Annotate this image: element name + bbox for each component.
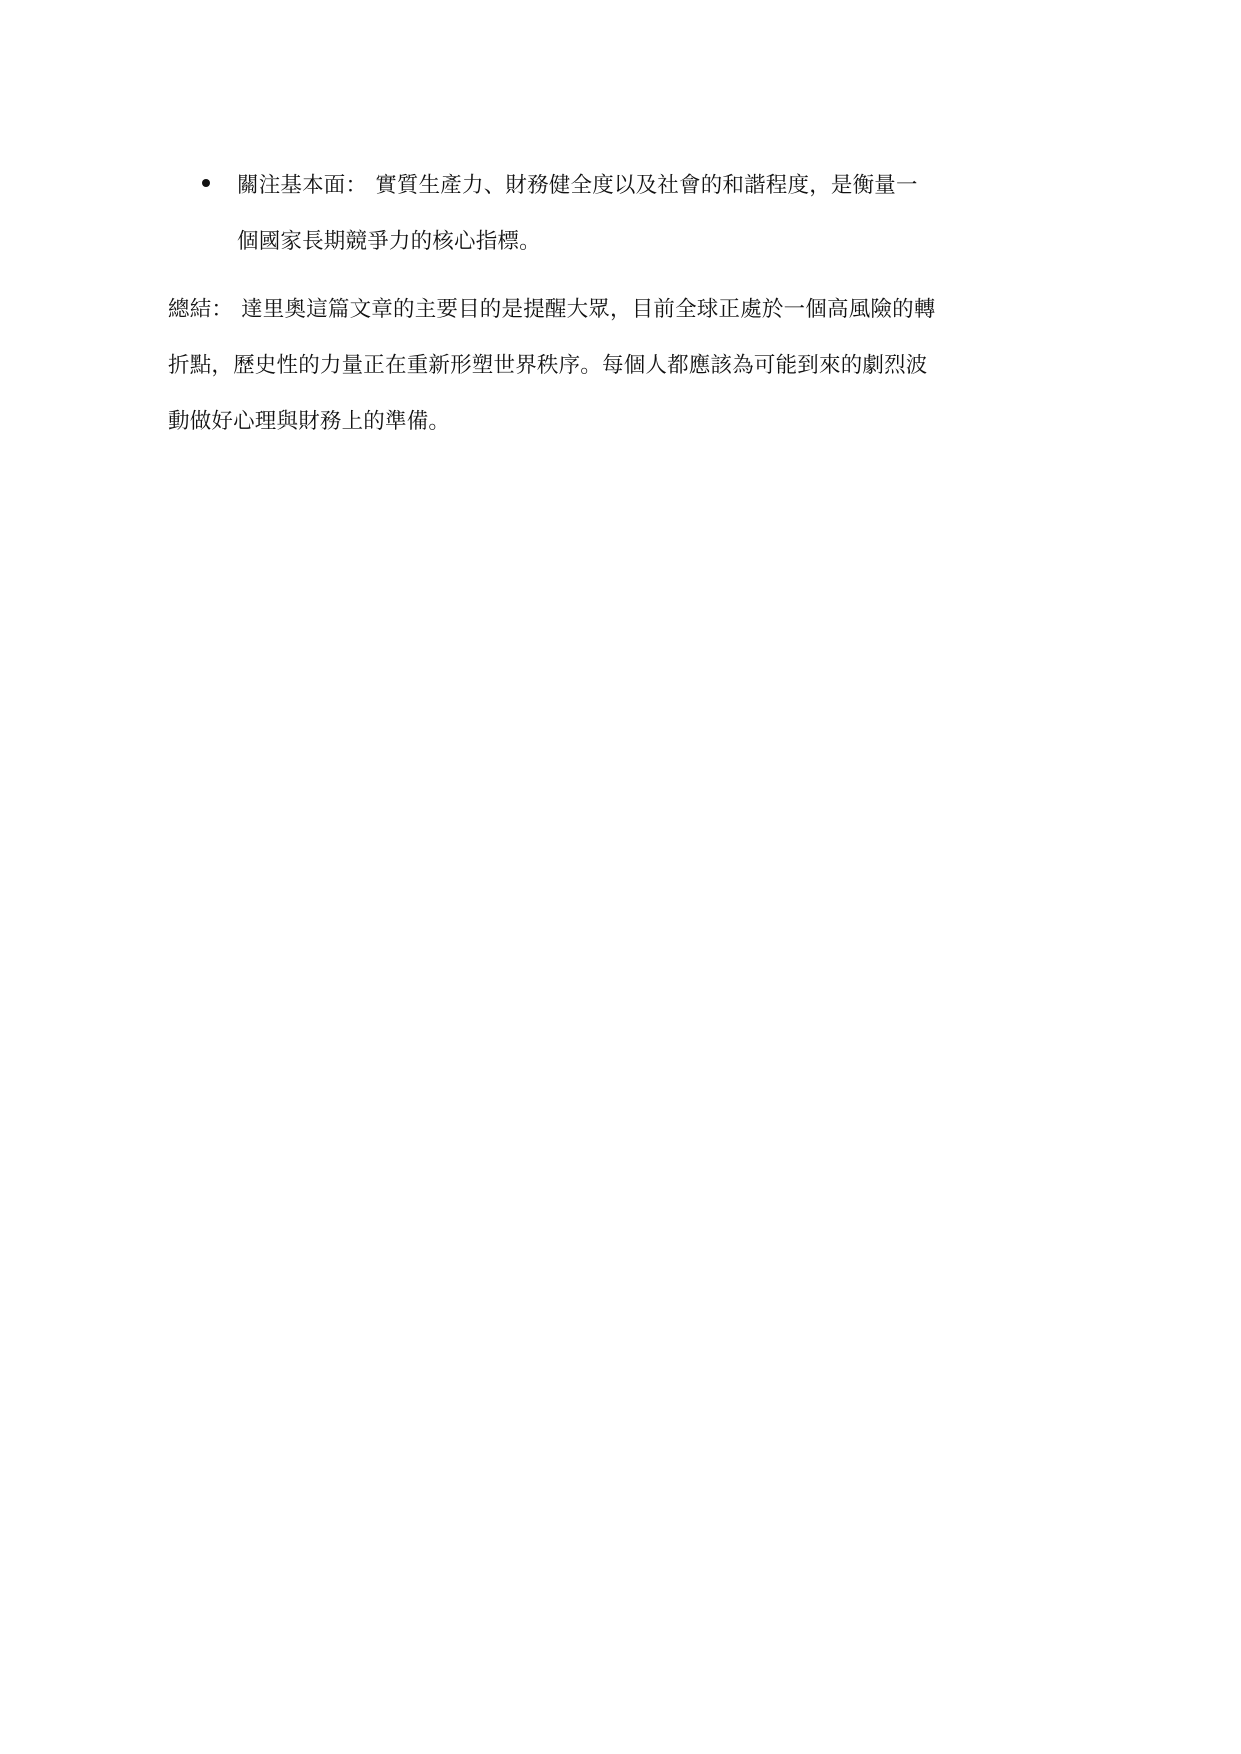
- summary-paragraph: 總結：達里奧這篇文章的主要目的是提醒大眾，目前全球正處於一個高風險的轉折點，歷史…: [168, 282, 940, 450]
- summary-body: 達里奧這篇文章的主要目的是提醒大眾，目前全球正處於一個高風險的轉折點，歷史性的力…: [168, 297, 936, 434]
- bullet-paragraph: 關注基本面：實質生產力、財務健全度以及社會的和諧程度，是衡量一個國家長期競爭力的…: [237, 158, 937, 270]
- summary-label: 總結：: [168, 297, 233, 322]
- document-page: 關注基本面：實質生產力、財務健全度以及社會的和諧程度，是衡量一個國家長期競爭力的…: [0, 0, 1241, 1754]
- bullet-label: 關注基本面：: [237, 173, 367, 198]
- bullet-icon: [202, 179, 210, 187]
